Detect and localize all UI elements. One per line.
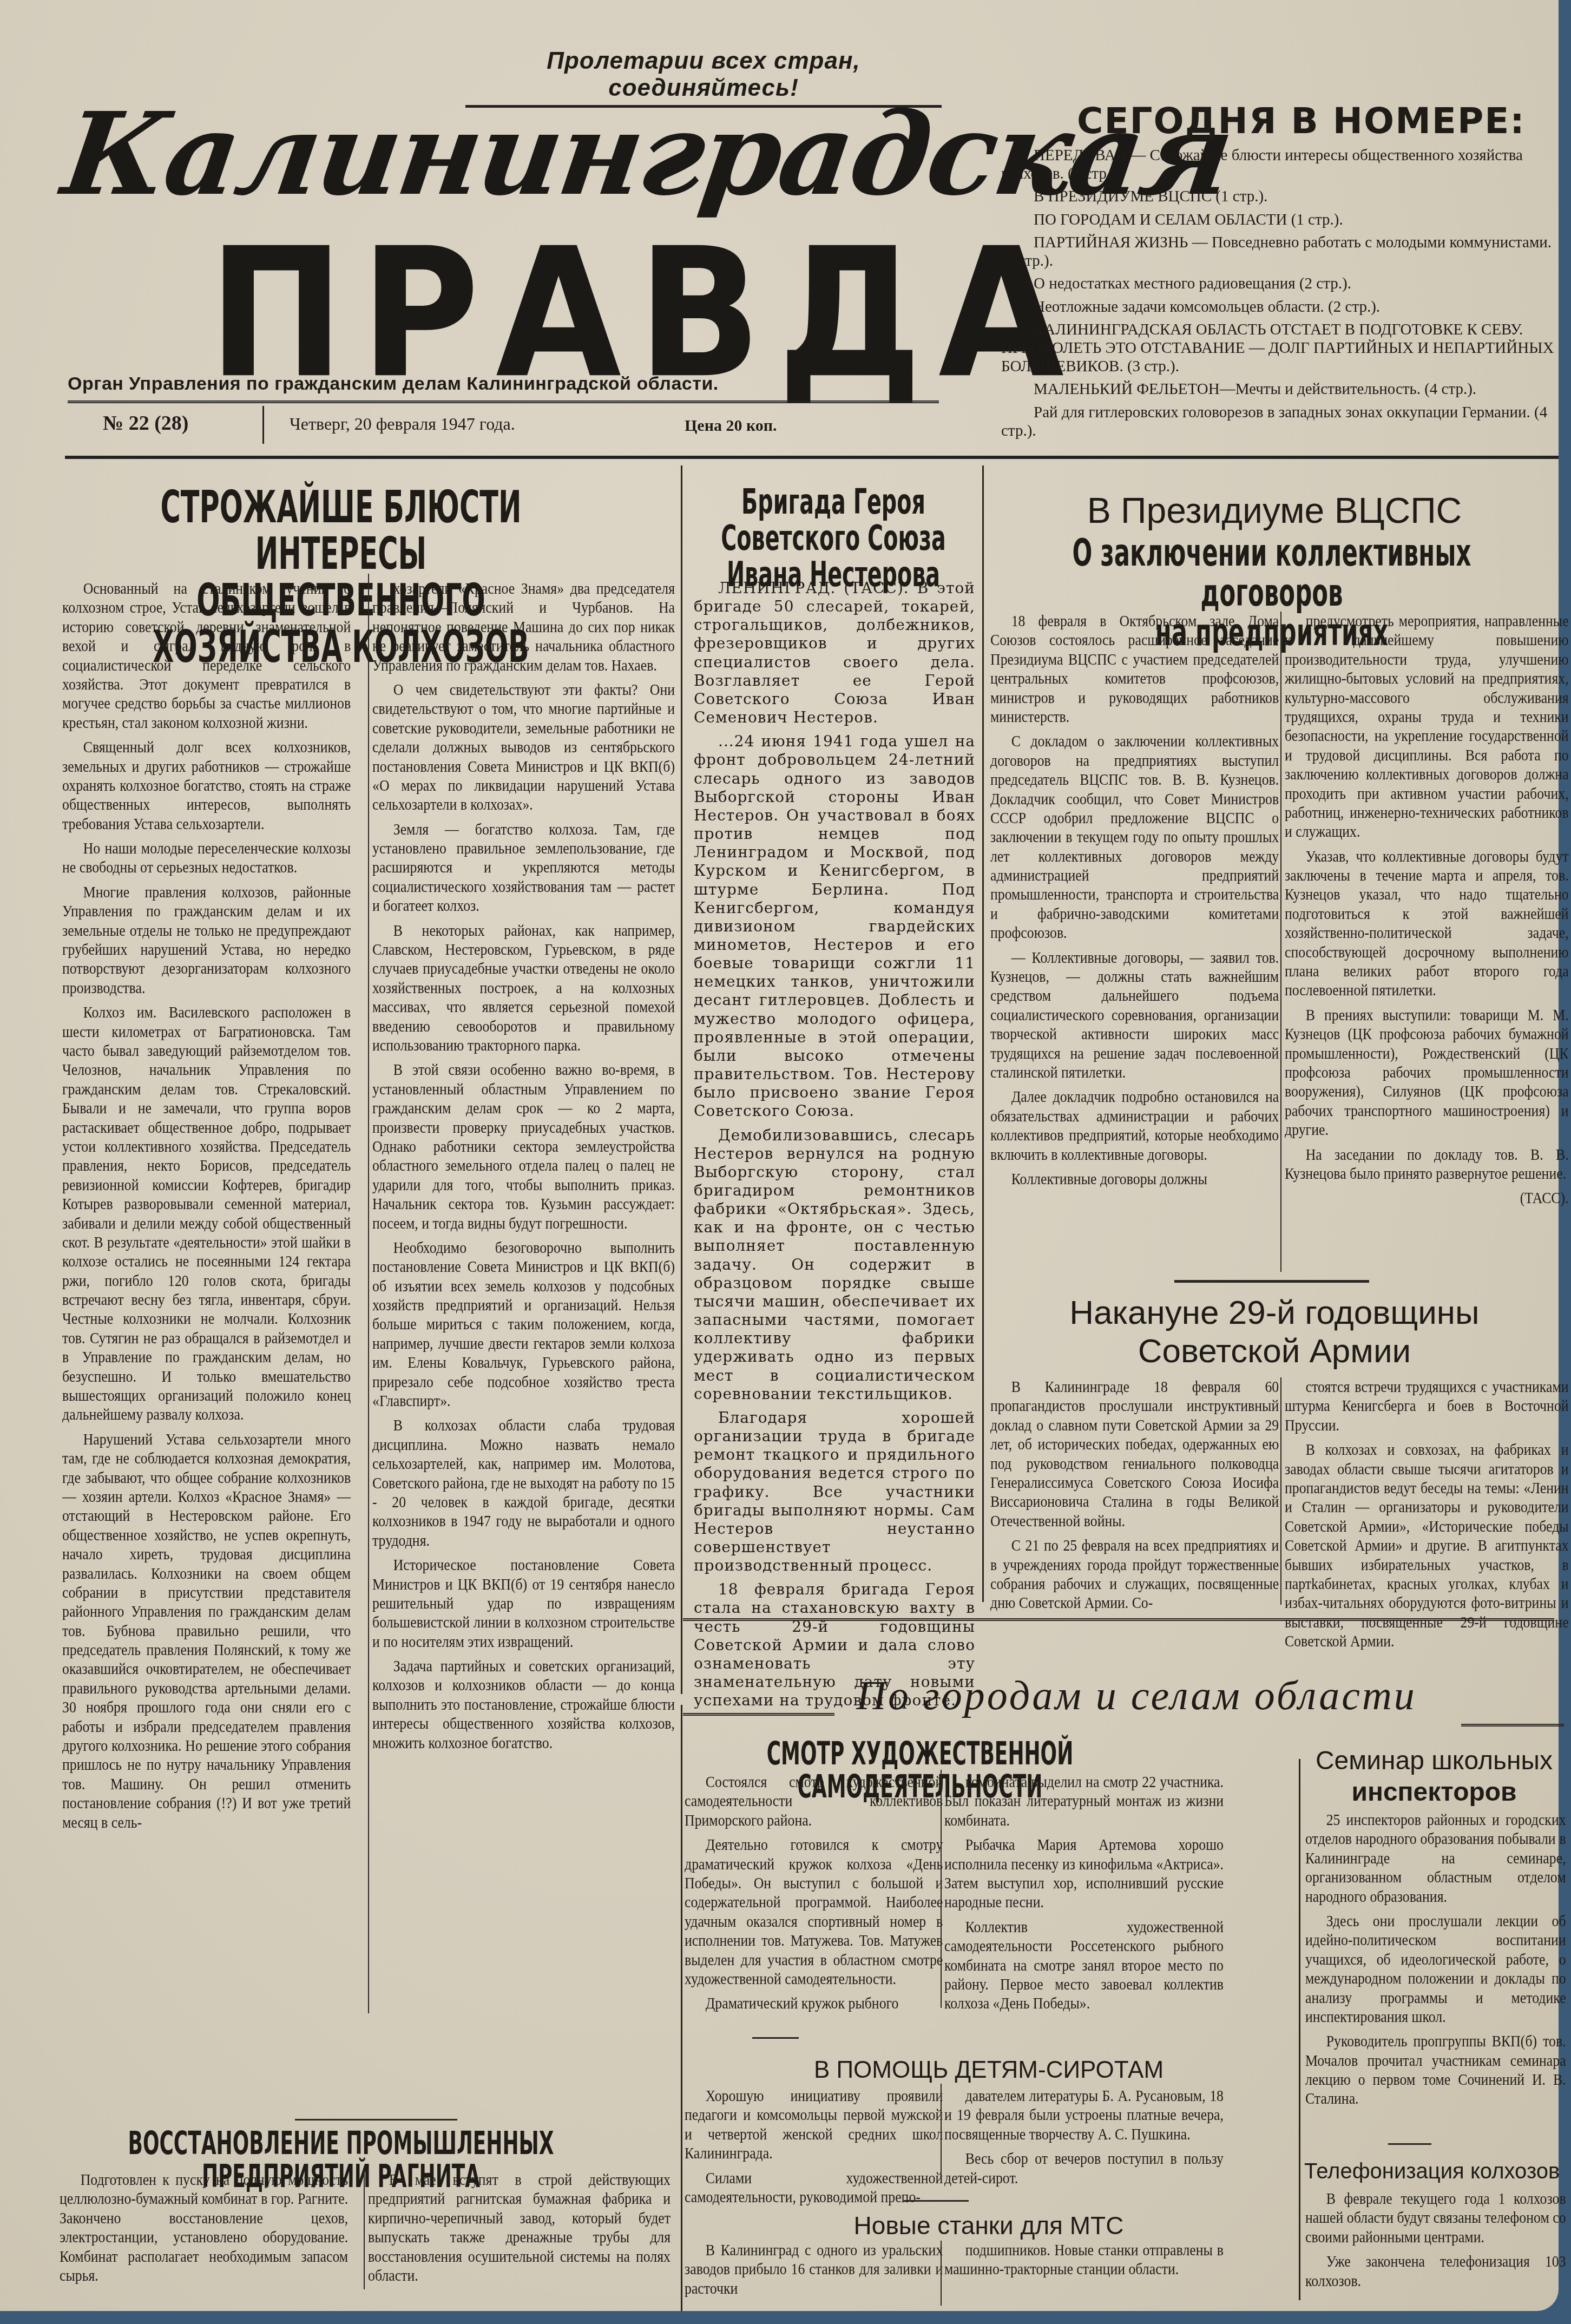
contents-item[interactable]: Рай для гитлеровских головорезов в запад… <box>1001 403 1564 440</box>
divider <box>904 2200 969 2202</box>
army-headline-line: Советской Армии <box>990 1332 1559 1370</box>
contents-item[interactable]: Неотложные задачи комсомольцев области. … <box>1001 298 1564 316</box>
nesterov-body: ЛЕНИНГРАД. (ТАСС). В этой бригаде 50 сле… <box>694 579 975 1715</box>
column-divider <box>681 465 682 1694</box>
paragraph: В Калининграде 18 февраля 60 пропагандис… <box>990 1377 1279 1531</box>
paragraph: Благодаря хорошей организации труда в бр… <box>694 1409 975 1575</box>
contents-item[interactable]: КАЛИНИНГРАДСКАЯ ОБЛАСТЬ ОТСТАЕТ В ПОДГОТ… <box>1001 320 1564 376</box>
ornamental-divider <box>1174 1280 1369 1283</box>
army-column-1: В Калининграде 18 февраля 60 пропагандис… <box>990 1377 1279 1618</box>
amateur-column-2: комбината выделил на смотр 22 участника.… <box>944 1772 1224 2019</box>
paragraph: Указав, что коллективные договоры будут … <box>1285 847 1569 1000</box>
paragraph: Но наши молодые переселенческие колхозы … <box>62 839 351 877</box>
paragraph: В колхозах и совхозах, на фабриках и зав… <box>1285 1440 1569 1651</box>
masthead-rule <box>65 456 1559 459</box>
contents-item[interactable]: ПАРТИЙНАЯ ЖИЗНЬ — Повседневно работать с… <box>1001 233 1564 270</box>
paragraph: В этой связи особенно важно во-время, в … <box>372 1060 675 1233</box>
column-divider <box>368 574 369 2013</box>
army-headline-line: Накануне 29-й годовщины <box>990 1294 1559 1332</box>
contents-item[interactable]: ПЕРЕДОВАЯ — Строжайше блюсти интересы об… <box>1001 146 1564 183</box>
paragraph: ...24 июня 1941 года ушел на фронт добро… <box>694 732 975 1120</box>
paragraph: подшипников. Новые станки отправлены в м… <box>944 2241 1224 2279</box>
issue-number: № 22 (28) <box>103 411 189 435</box>
paragraph: Священный долг всех колхозников, земельн… <box>62 738 351 833</box>
column-divider <box>1280 1377 1281 1605</box>
paragraph: 25 инспекторов районных и городских отде… <box>1305 1810 1566 1906</box>
nesterov-headline: Бригада Героя Советского Союза Ивана Нес… <box>686 484 981 594</box>
army-headline: Накануне 29-й годовщины Советской Армии <box>990 1294 1559 1371</box>
editorial-column-2: хозартели «Красное Знамя» два председате… <box>372 579 675 2008</box>
section-rule <box>1461 1724 1564 1726</box>
column-divider <box>982 465 984 1602</box>
column-divider <box>681 1705 682 2311</box>
paragraph: В колхозах области слаба трудовая дисцип… <box>372 1416 675 1550</box>
vcsps-column-1: 18 февраля в Октябрьском зале Дома Союзо… <box>990 612 1279 1277</box>
paragraph: Демобилизовавшись, слесарь Нестеров верн… <box>694 1126 975 1403</box>
paragraph: ЛЕНИНГРАД. (ТАСС). В этой бригаде 50 сле… <box>694 579 975 727</box>
paragraph: Рыбачка Мария Артемова хорошо исполнила … <box>944 1835 1224 1912</box>
editorial-headline-line: СТРОЖАЙШЕ БЛЮСТИ ИНТЕРЕСЫ <box>109 484 573 577</box>
paragraph: Необходимо безоговорочно выполнить поста… <box>372 1238 675 1411</box>
paragraph: В мае вступят в строй действующих предпр… <box>368 2170 671 2285</box>
orphans-column-2: давателем литературы Б. А. Русановым, 18… <box>944 2086 1224 2193</box>
paragraph: Многие правления колхозов, районные Упра… <box>62 883 351 997</box>
vcsps-headline-line: О заключении коллективных договоров <box>1020 533 1523 613</box>
paragraph: О чем свидетельствуют эти факты? Они сви… <box>372 680 675 815</box>
paragraph: Состоялся смотр художественной самодеяте… <box>685 1772 943 1830</box>
masthead-organ: Орган Управления по гражданским делам Ка… <box>68 373 719 395</box>
paragraph: В феврале текущего года 1 колхозов нашей… <box>1305 2189 1566 2247</box>
column-divider <box>1299 1759 1300 2300</box>
paragraph: В некоторых районах, как например, Славс… <box>372 921 675 1055</box>
paragraph: Коллективные договоры должны <box>990 1170 1279 1189</box>
divider <box>1388 2143 1431 2145</box>
paragraph: Задача партийных и советских организаций… <box>372 1657 675 1752</box>
paragraph: Нарушений Устава сельхозартели много там… <box>62 1430 351 1832</box>
contents-item[interactable]: О недостатках местного радиовещания (2 с… <box>1001 274 1564 293</box>
paragraph: Коллектив художественной самодеятельност… <box>944 1918 1224 2013</box>
contents-list: ПЕРЕДОВАЯ — Строжайше блюсти интересы об… <box>1001 146 1564 444</box>
ragnit-column-1: Подготовлен к пуску на полную мощность ц… <box>60 2170 348 2290</box>
paragraph: Уже закончена телефонизация 103 колхозов… <box>1305 2252 1566 2290</box>
ragnit-column-2: В мае вступят в строй действующих предпр… <box>368 2170 671 2290</box>
column-divider <box>364 2170 365 2289</box>
paragraph: Весь сбор от вечеров поступил в пользу д… <box>944 2149 1224 2188</box>
issue-date: Четверг, 20 февраля 1947 года. <box>290 414 515 434</box>
paragraph: — Коллективные договоры, — заявил тов. К… <box>990 948 1279 1082</box>
paragraph: В прениях выступили: товарищи М. М. Кузн… <box>1285 1006 1569 1140</box>
phones-body: В феврале текущего года 1 колхозов нашей… <box>1305 2189 1566 2296</box>
column-divider <box>941 2084 942 2181</box>
paragraph: Подготовлен к пуску на полную мощность ц… <box>60 2170 348 2285</box>
paragraph: хозартели «Красное Знамя» два председате… <box>372 579 675 675</box>
nesterov-headline-line: Бригада Героя <box>686 484 981 521</box>
seminar-body: 25 инспекторов районных и городских отде… <box>1305 1810 1566 2114</box>
paragraph: Здесь они прослушали лекции об идейно-по… <box>1305 1912 1566 2026</box>
divider <box>295 2119 457 2121</box>
seminar-headline: Семинар школьных инспекторов <box>1304 1745 1564 1808</box>
issue-price: Цена 20 коп. <box>685 417 777 435</box>
editorial-column-1: Основанный на сталинском учении о колхоз… <box>62 579 351 2008</box>
amateur-column-1: Состоялся смотр художественной самодеяте… <box>685 1772 943 2019</box>
paragraph: давателем литературы Б. А. Русановым, 18… <box>944 2086 1224 2144</box>
paragraph: С докладом о заключении коллективных дог… <box>990 732 1279 942</box>
seminar-headline-line: Семинар школьных <box>1304 1745 1564 1777</box>
region-section-title: По городам и селам области <box>812 1672 1461 1719</box>
army-column-2: стоятся встречи трудящихся с участниками… <box>1285 1377 1569 1656</box>
phones-headline: Телефонизация колхозов <box>1304 2159 1564 2184</box>
mts-headline: Новые станки для МТС <box>683 2211 1294 2240</box>
paragraph: В Калининград с одного из уральских заво… <box>685 2241 943 2298</box>
seminar-headline-line: инспекторов <box>1304 1777 1564 1808</box>
orphans-column-1: Хорошую инициативу проявили педагоги и к… <box>685 2086 943 2212</box>
newspaper-page: Пролетарии всех стран, соединяйтесь! Кал… <box>0 0 1559 2311</box>
paragraph: Земля — богатство колхоза. Там, где уста… <box>372 820 675 916</box>
paragraph: предусмотреть мероприятия, направленные … <box>1285 612 1569 842</box>
paragraph: Руководитель пропгруппы ВКП(б) тов. Моча… <box>1305 2032 1566 2109</box>
contents-item[interactable]: ПО ГОРОДАМ И СЕЛАМ ОБЛАСТИ (1 стр.). <box>1001 211 1564 229</box>
mts-column-1: В Калининград с одного из уральских заво… <box>685 2241 943 2303</box>
paragraph: С 21 по 25 февраля на всех предприятиях … <box>990 1536 1279 1613</box>
orphans-headline: В ПОМОЩЬ ДЕТЯМ-СИРОТАМ <box>683 2057 1294 2084</box>
contents-item[interactable]: МАЛЕНЬКИЙ ФЕЛЬЕТОН—Мечты и действительно… <box>1001 380 1564 398</box>
paragraph: Основанный на сталинском учении о колхоз… <box>62 579 351 732</box>
divider <box>68 401 939 403</box>
paragraph: Историческое постановление Совета Минист… <box>372 1555 675 1651</box>
paragraph: Драматический кружок рыбного <box>685 1994 943 2013</box>
contents-title: СЕГОДНЯ В НОМЕРЕ: <box>1077 100 1526 142</box>
divider <box>262 406 264 444</box>
nesterov-headline-line: Советского Союза <box>686 521 981 557</box>
column-divider <box>941 1770 942 2008</box>
paragraph: комбината выделил на смотр 22 участника.… <box>944 1772 1224 1830</box>
vcsps-column-2: предусмотреть мероприятия, направленные … <box>1285 612 1569 1283</box>
contents-item[interactable]: В ПРЕЗИДИУМЕ ВЦСПС (1 стр.). <box>1001 187 1564 206</box>
tass-signature: (ТАСС). <box>1285 1189 1569 1207</box>
paragraph: На заседании по докладу тов. В. В. Кузне… <box>1285 1145 1569 1184</box>
mts-column-2: подшипников. Новые станки отправлены в м… <box>944 2241 1224 2284</box>
paragraph: 18 февраля в Октябрьском зале Дома Союзо… <box>990 612 1279 726</box>
divider <box>752 2037 799 2039</box>
paragraph: Далее докладчик подробно остановился на … <box>990 1087 1279 1164</box>
paragraph: Деятельно готовился к смотру драматическ… <box>685 1835 943 1988</box>
column-divider <box>1280 612 1281 1272</box>
vcsps-kicker: В Президиуме ВЦСПС <box>990 490 1559 531</box>
column-divider <box>941 2241 942 2306</box>
paragraph: Колхоз им. Василевского расположен в шес… <box>62 1003 351 1424</box>
paragraph: Хорошую инициативу проявили педагоги и к… <box>685 2086 943 2163</box>
paragraph: стоятся встречи трудящихся с участниками… <box>1285 1377 1569 1435</box>
